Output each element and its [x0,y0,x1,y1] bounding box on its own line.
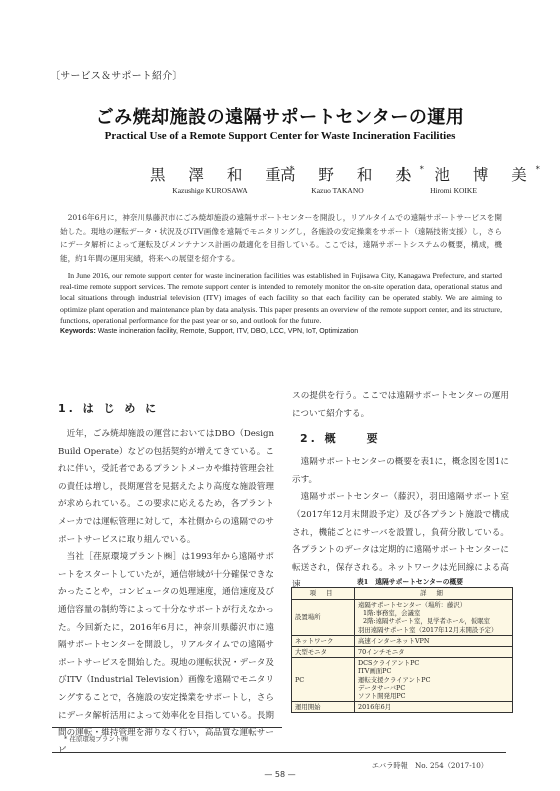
detail-line: 羽田遠隔サポート室（2017年12月末開設予定） [358,626,509,634]
column-header-item: 項 目 [292,588,355,600]
table-cell-item: 設置場所 [292,600,355,636]
affiliation-mark: * [536,165,540,174]
body-paragraph: スの提供を行う。ここでは遠隔サポートセンターの運用について紹介する。 [292,388,509,423]
abstract-english: In June 2016, our remote support center … [60,270,502,326]
table-cell-details: 遠隔サポートセンター（場所：藤沢） 1階:事務室，会議室 2階:遠隔サポート室，… [355,600,513,636]
detail-line: 高速インターネットVPN [358,637,509,645]
left-column: 1. は じ め に 近年，ごみ焼却施設の運営においてはDBO（Design B… [58,400,274,760]
detail-line: 遠隔サポートセンター（場所：藤沢） [358,601,509,609]
footnote-divider [52,727,282,728]
table-cell-item: PC [292,658,355,702]
table-row: ネットワーク 高速インターネットVPN [292,635,513,646]
keywords: Keywords: Waste incineration facility, R… [60,328,358,335]
author-3: 小 池 博 美* Hiromi KOIKE [396,163,511,195]
author-name-ja: 黒 澤 和 重 [150,166,290,184]
abstract-japanese: 2016年6月に，神奈川県藤沢市にごみ焼却施設の遠隔サポートセンターを開設し，リ… [60,211,502,265]
section-heading-overview: 2. 概 要 [300,430,509,446]
overview-table: 項 目 詳 細 設置場所 遠隔サポートセンター（場所：藤沢） 1階:事務室，会議… [291,587,513,713]
title-japanese: ごみ焼却施設の遠隔サポートセンターの運用 [0,103,560,129]
detail-line: ITV画面PC [358,667,509,675]
table-cell-item: ネットワーク [292,635,355,646]
body-paragraph: 遠隔サポートセンターの概要を表1に，概念図を図1に示す。 [292,454,509,489]
table-cell-item: 大型モニタ [292,647,355,658]
section-heading-introduction: 1. は じ め に [58,400,274,416]
author-name-en: Kazushige KUROSAWA [150,186,270,195]
page-footer-divider [52,752,506,753]
detail-line: ソフト開発用PC [358,692,509,700]
keywords-label: Keywords: [60,328,96,335]
table-row: 設置場所 遠隔サポートセンター（場所：藤沢） 1階:事務室，会議室 2階:遠隔サ… [292,600,513,636]
table-row: 大型モニタ 70インチモニタ [292,647,513,658]
body-paragraph: 当社［荏原環境プラント㈱］は1993年から遠隔サポートをスタートしていたが，通信… [58,549,274,760]
detail-line: 2016年6月 [358,703,509,711]
footnote-affiliation: * 荏原環境プラント㈱ [64,734,128,743]
table-caption: 表1 遠隔サポートセンターの概要 [290,576,530,586]
right-column: スの提供を行う。ここでは遠隔サポートセンターの運用について紹介する。 2. 概 … [292,388,509,595]
table-row: PC DCSクライアントPC ITV画面PC 運転支援クライアントPC データサ… [292,658,513,702]
author-1: 黒 澤 和 重* Kazushige KUROSAWA [150,163,270,195]
page-number: — 58 — [0,770,560,779]
column-header-details: 詳 細 [355,588,513,600]
detail-line: 70インチモニタ [358,648,509,656]
table-cell-details: 70インチモニタ [355,647,513,658]
table-cell-details: 2016年6月 [355,702,513,713]
table-row: 運用開始 2016年6月 [292,702,513,713]
detail-line: データサーバPC [358,684,509,692]
table-cell-details: DCSクライアントPC ITV画面PC 運転支援クライアントPC データサーバP… [355,658,513,702]
keywords-list: Waste incineration facility, Remote, Sup… [96,328,358,335]
table-header-row: 項 目 詳 細 [292,588,513,600]
table-cell-item: 運用開始 [292,702,355,713]
author-name-ja: 小 池 博 美 [396,166,536,184]
author-name-en: Hiromi KOIKE [396,186,511,195]
title-english: Practical Use of a Remote Support Center… [0,130,560,142]
detail-line: 運転支援クライアントPC [358,676,509,684]
author-name-en: Kazuo TAKANO [280,186,395,195]
body-paragraph: 近年，ごみ焼却施設の運営においてはDBO（Design Build Operat… [58,426,274,549]
author-2: 高 野 和 夫* Kazuo TAKANO [280,163,395,195]
detail-line: DCSクライアントPC [358,659,509,667]
article-category: 〔サービス＆サポート紹介〕 [50,67,183,82]
detail-line: 2階:遠隔サポート室，見学者ホール，仮眠室 [358,617,509,625]
table-cell-details: 高速インターネットVPN [355,635,513,646]
